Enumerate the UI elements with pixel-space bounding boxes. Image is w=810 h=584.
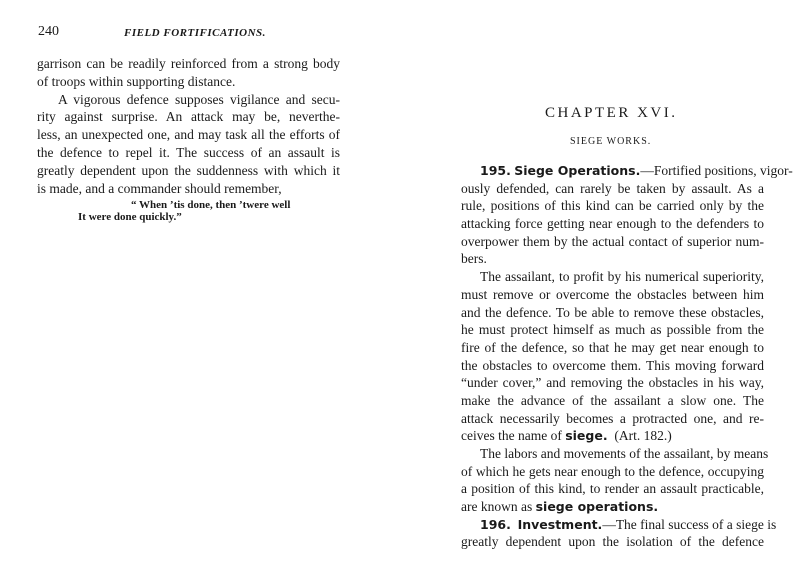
text-span: ceives the name of (461, 428, 565, 443)
page-number: 240 (38, 24, 59, 40)
text-line: and the defence. To be able to remove th… (461, 304, 764, 322)
text-span: —The final success of a siege is (602, 517, 776, 532)
text-line: the defence to repel it. The success of … (37, 144, 340, 162)
quote-line: “ When ’tis done, then ’twere well (131, 199, 290, 211)
text-line: of troops within supporting distance. (37, 73, 340, 91)
text-line: greatly dependent upon the isolation of … (461, 533, 764, 551)
bold-term: siege. (565, 428, 607, 443)
text-line: “under cover,” and removing the obstacle… (461, 374, 764, 392)
running-head: FIELD FORTIFICATIONS. (124, 27, 266, 39)
text-line: of which he gets near enough to the defe… (461, 463, 764, 481)
section-196-heading-line: 196. Investment.—The final success of a … (480, 516, 764, 534)
left-page: 240 FIELD FORTIFICATIONS. garrison can b… (0, 0, 400, 584)
text-line: garrison can be readily reinforced from … (37, 55, 340, 73)
text-span: are known as (461, 499, 536, 514)
siege-line: ceives the name of siege. (Art. 182.) (461, 427, 764, 445)
text-span: —Fortified positions, vigor- (640, 163, 792, 178)
text-line: A vigorous defence supposes vigilance an… (58, 91, 340, 109)
quote-line: It were done quickly.” (78, 211, 182, 223)
section-heading: Siege Operations. (514, 163, 640, 178)
section-195-heading-line: 195. Siege Operations.—Fortified positio… (480, 162, 764, 180)
text-line: bers. (461, 250, 764, 268)
chapter-title: CHAPTER XVI. (545, 105, 678, 122)
text-line: the obstacles to overcome them. This mov… (461, 357, 764, 375)
ops-line: are known as siege operations. (461, 498, 764, 516)
bold-term: siege operations. (536, 499, 659, 514)
text-line: overpower them by the actual contact of … (461, 233, 764, 251)
text-line: The assailant, to profit by his numerica… (480, 268, 764, 286)
text-line: rule, positions of this kind can be carr… (461, 197, 764, 215)
text-span: (Art. 182.) (608, 428, 672, 443)
section-heading: Investment. (518, 517, 603, 532)
text-line: he must protect himself as much as possi… (461, 321, 764, 339)
chapter-subtitle: SIEGE WORKS. (570, 136, 651, 147)
text-line: greatly dependent upon the suddenness wi… (37, 162, 340, 180)
text-line: ously defended, can rarely be taken by a… (461, 180, 764, 198)
text-line: must remove or overcome the obstacles be… (461, 286, 764, 304)
text-line: attack necessarily becomes a protracted … (461, 410, 764, 428)
section-number: 195. (480, 163, 511, 178)
section-number: 196. (480, 517, 511, 532)
text-line: is made, and a commander should remember… (37, 180, 340, 198)
text-line: less, an unexpected one, and may task al… (37, 126, 340, 144)
text-line: rity against surprise. An attack may be,… (37, 108, 340, 126)
text-line: make the advance of the assailant a slow… (461, 392, 764, 410)
text-line: attacking force getting near enough to t… (461, 215, 764, 233)
text-line: The labors and movements of the assailan… (480, 445, 764, 463)
text-line: a position of this kind, to render an as… (461, 480, 764, 498)
text-line: fire of the defence, so that he may get … (461, 339, 764, 357)
